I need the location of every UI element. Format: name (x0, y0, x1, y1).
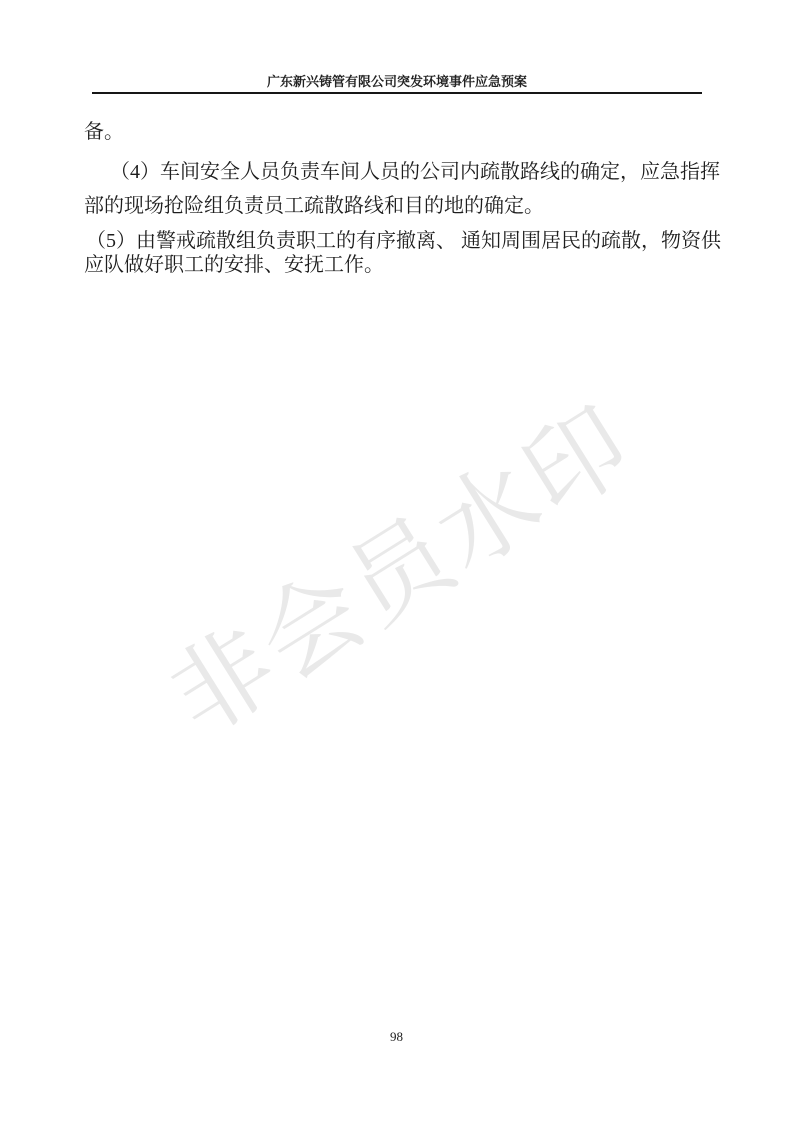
paragraph-4-line-2: 部的现场抢险组负责员工疏散路线和目的地的确定。 (84, 194, 744, 218)
page-number: 98 (0, 1029, 793, 1045)
watermark-text: 非会员水印 (138, 364, 655, 762)
document-page: 非会员水印 广东新兴铸管有限公司突发环境事件应急预案 备。 （4）车间安全人员负… (0, 0, 793, 1122)
paragraph-5-line-2: 应队做好职工的安排、安抚工作。 (84, 253, 744, 277)
header-divider-rule (92, 92, 702, 94)
paragraph-5-line-1: （5）由警戒疏散组负责职工的有序撤离、 通知周围居民的疏散，物资供 (84, 229, 746, 253)
page-header-title: 广东新兴铸管有限公司突发环境事件应急预案 (92, 74, 702, 89)
body-line-carryover: 备。 (84, 120, 744, 144)
paragraph-4-line-1: （4）车间安全人员负责车间人员的公司内疏散路线的确定，应急指挥 (84, 160, 770, 184)
